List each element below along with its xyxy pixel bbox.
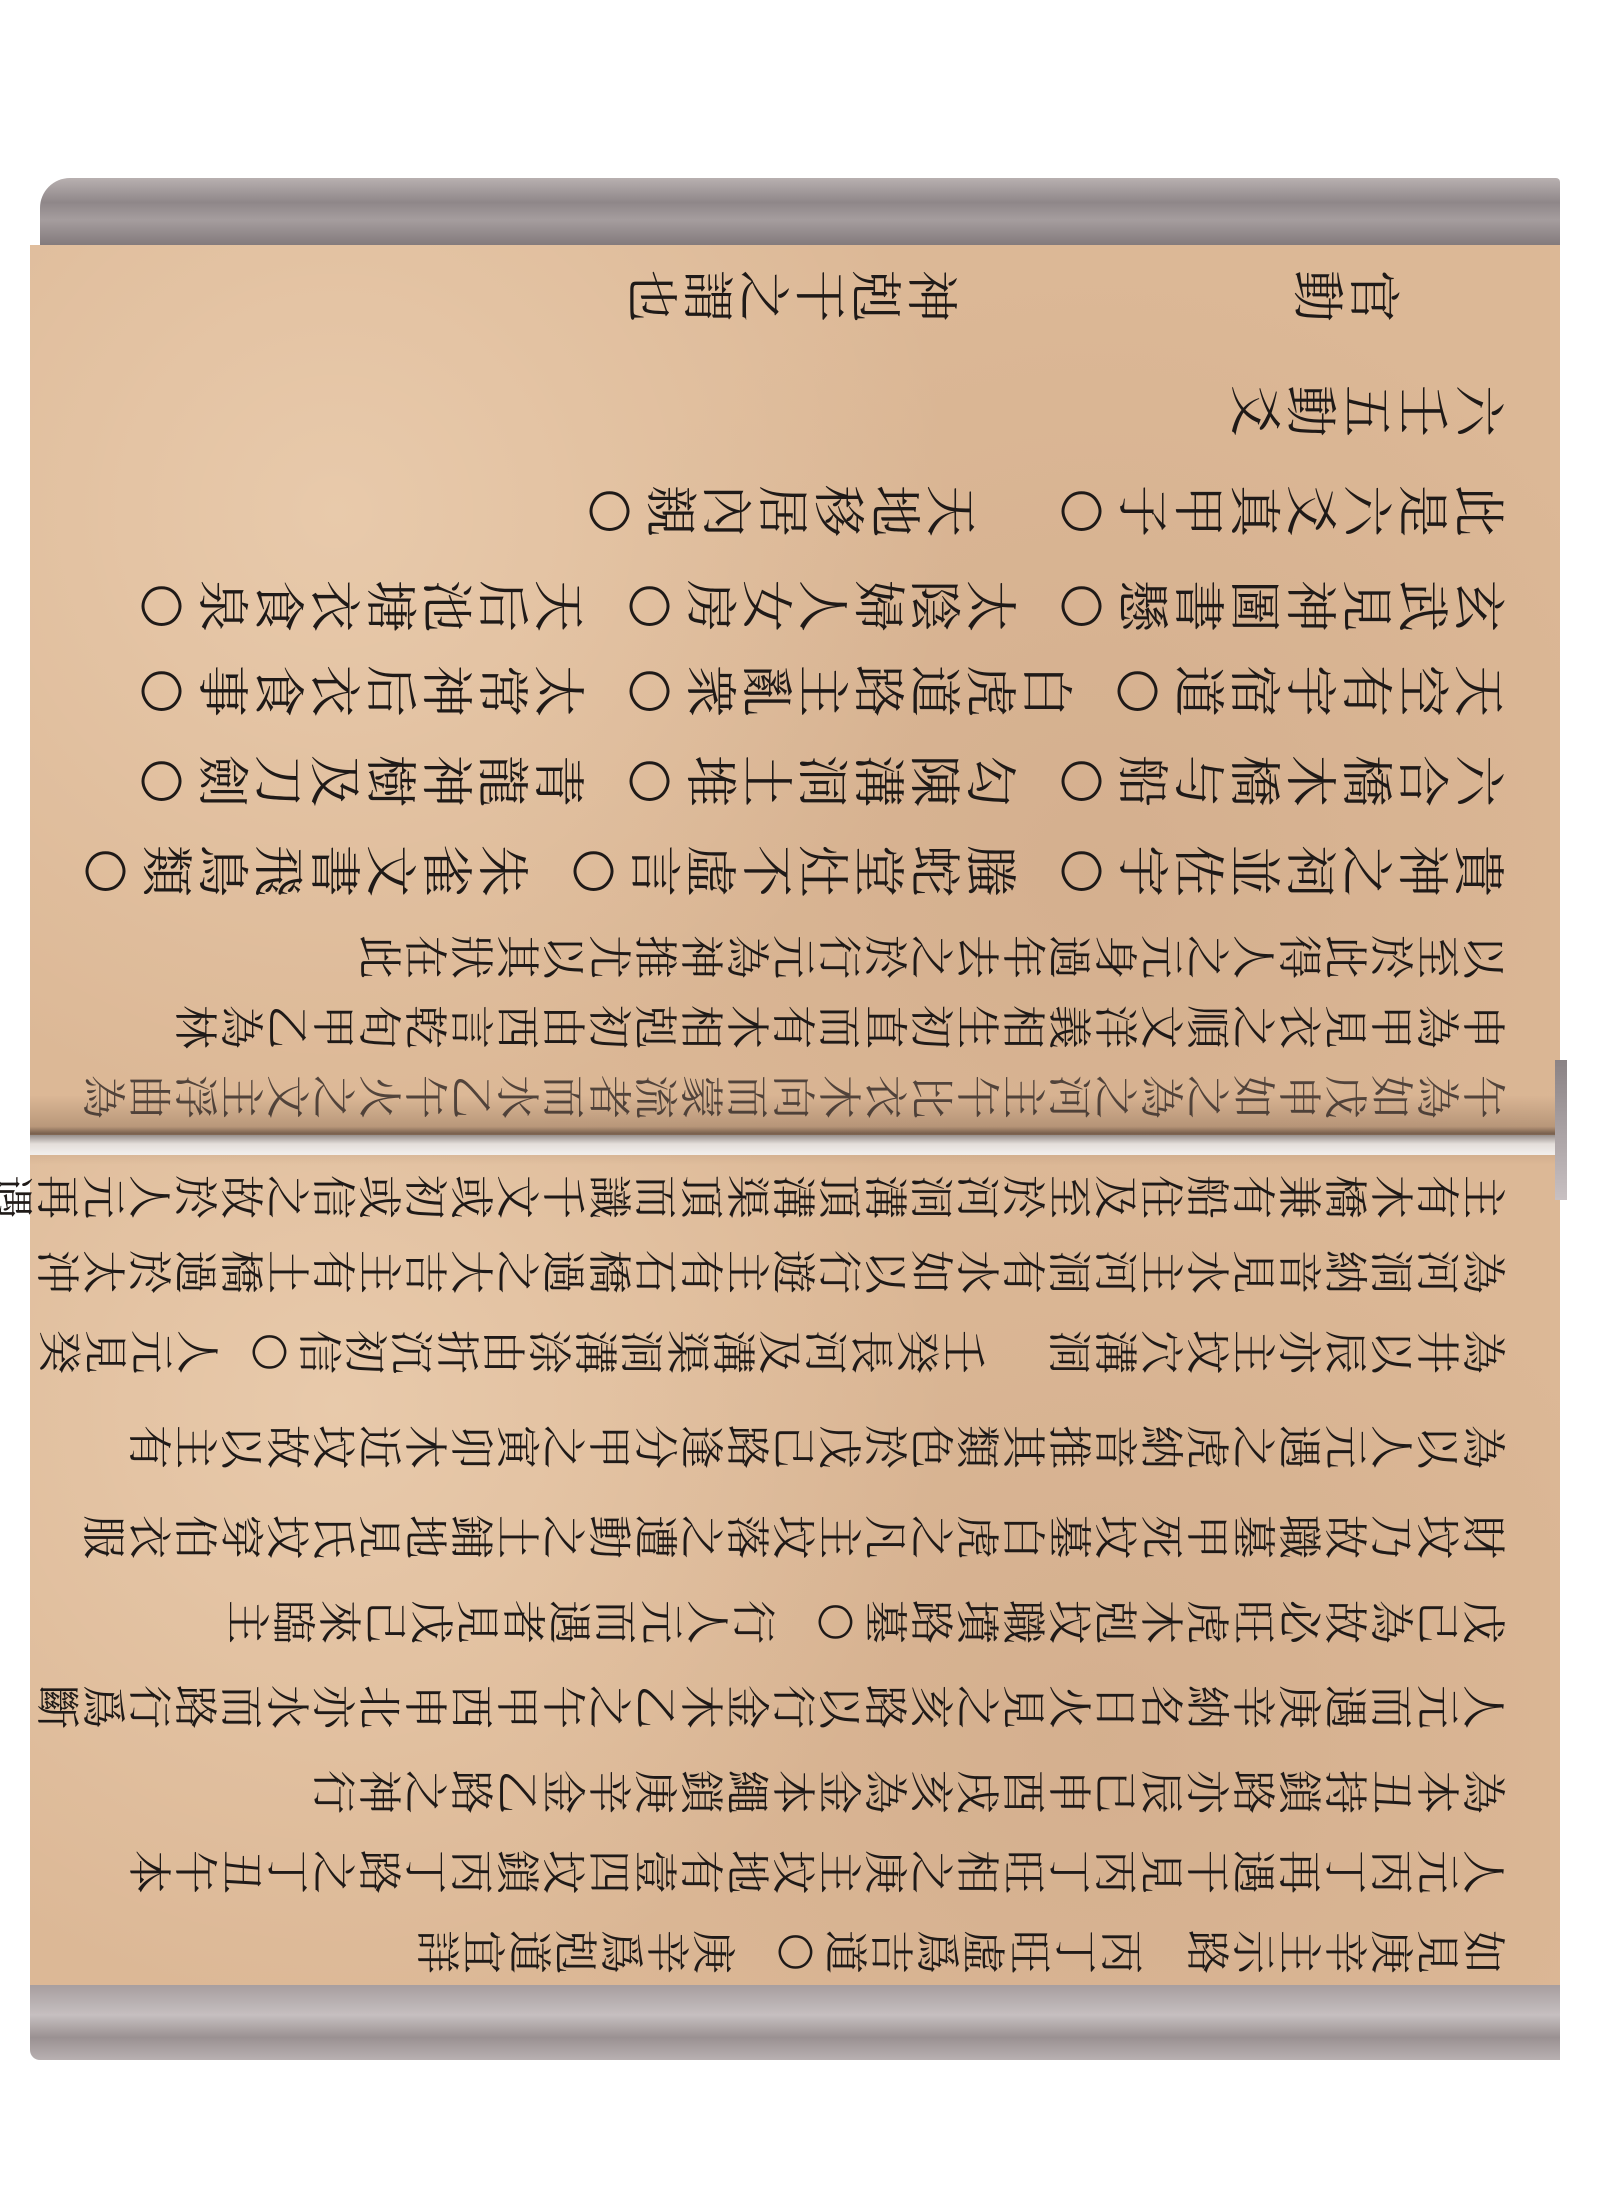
glyph: 行 [126, 1684, 170, 1730]
glyph: 衣 [126, 1514, 170, 1560]
glyph: 午 [954, 1074, 998, 1120]
glyph: 宇 [1115, 843, 1167, 899]
text-line: 主有木橋兼有船住及至於河洞溝頂溝渠頂而識千文或初或信之故於人元再遇 [0, 1175, 1505, 1219]
glyph: 路 [1184, 1929, 1228, 1975]
glyph: 鳥 [195, 843, 247, 899]
glyph: 戌 [954, 1769, 998, 1815]
glyph: 金 [724, 1684, 768, 1730]
glyph: 之 [1184, 934, 1228, 980]
glyph: 推 [1046, 1424, 1090, 1470]
glyph: 順 [1184, 1004, 1228, 1050]
text-segment: 戊己為故必旺虎木剋坟職墳路墓○ [815, 1600, 1505, 1644]
glyph: 其 [494, 934, 538, 980]
glyph: 為 [1138, 1074, 1182, 1120]
glyph: 行 [310, 1769, 354, 1815]
glyph: 於 [1000, 1174, 1044, 1220]
glyph: 伯 [172, 1514, 216, 1560]
glyph: 者 [586, 1074, 630, 1120]
glyph: 主 [795, 663, 847, 719]
glyph: 林 [172, 1004, 216, 1050]
glyph: 以 [218, 1424, 262, 1470]
glyph: 職 [1000, 1599, 1044, 1645]
glyph: 分 [632, 1424, 676, 1470]
circle-mark-icon: ○ [1059, 843, 1111, 899]
glyph: 蛇 [907, 843, 959, 899]
glyph: 頂 [816, 1174, 860, 1220]
glyph: 戊 [408, 1599, 452, 1645]
glyph: 午 [402, 1074, 446, 1120]
glyph: 洞 [908, 1174, 952, 1220]
text-line: 為以人元遇之虎納音推其類色於戊己路逢分甲之寅卯木近坟故以主有 [125, 1425, 1505, 1469]
glyph: 干 [1184, 1849, 1228, 1895]
glyph: 主 [356, 1249, 400, 1295]
text-segment: 玄武見神圖書懸○ [1057, 580, 1505, 632]
glyph: 鎖 [678, 1769, 722, 1815]
glyph: 氏 [310, 1514, 354, 1560]
glyph: 甲 [494, 1684, 538, 1730]
glyph: 行 [730, 1599, 774, 1645]
circle-mark-icon: ○ [776, 1929, 820, 1975]
text-segment: 天空有宇宿道○ [1113, 665, 1505, 717]
glyph: 常 [475, 663, 527, 719]
text-segment: 壬癸長河及溝渠洞溝涂由折沉初信○ [249, 1330, 985, 1374]
glyph: 辛 [586, 1769, 630, 1815]
glyph: 太 [963, 578, 1015, 634]
glyph: 之 [908, 934, 952, 980]
glyph: 地 [402, 1514, 446, 1560]
glyph: 初 [342, 1329, 386, 1375]
glyph: 酉 [1000, 1769, 1044, 1815]
glyph: 旺 [1230, 1599, 1274, 1645]
glyph: 言 [627, 843, 679, 899]
glyph: 溝 [1092, 1329, 1136, 1375]
glyph: 剋 [848, 268, 900, 324]
text-line: 此是六爻真甲子○ 天地移居內親○ [585, 485, 1505, 537]
glyph: 旺 [1000, 1849, 1044, 1895]
glyph: 長 [848, 1329, 892, 1375]
glyph: 落 [724, 1514, 768, 1560]
glyph: 直 [862, 1004, 906, 1050]
glyph: 申 [1046, 1769, 1090, 1815]
glyph: 或 [448, 1174, 492, 1220]
glyph: 爻 [1227, 383, 1279, 439]
text-segment: 丙丁旺虛爲吉道○ [775, 1930, 1143, 1974]
glyph: 以 [1368, 1329, 1412, 1375]
glyph: 路 [356, 1849, 400, 1895]
glyph: 見 [356, 1514, 400, 1560]
glyph: 元 [770, 934, 814, 980]
glyph: 龍 [475, 753, 527, 809]
text-segment: 為井以辰亦主坟穴溝洞 [1045, 1330, 1505, 1374]
glyph: 信 [310, 1174, 354, 1220]
glyph: 義 [1046, 1004, 1090, 1050]
glyph: 大 [448, 1249, 492, 1295]
glyph: 為 [1460, 1249, 1504, 1295]
glyph: 亂 [739, 663, 791, 719]
glyph: 鋪 [448, 1514, 492, 1560]
text-segment: 午為如戊申如之為之河主午比衣木向而蒙流者而水乙午火之文主浮曲為 [79, 1075, 1505, 1119]
glyph: 辰 [1138, 1769, 1182, 1815]
glyph: 內 [699, 483, 751, 539]
glyph: 身 [1092, 934, 1136, 980]
glyph: 衣 [307, 578, 359, 634]
glyph: 河 [1046, 1074, 1090, 1120]
glyph: 洞 [618, 1329, 662, 1375]
glyph: 元 [1322, 1424, 1366, 1470]
glyph: 於 [126, 1249, 170, 1295]
glyph: 初 [402, 1174, 446, 1220]
glyph: 行 [816, 1249, 860, 1295]
glyph: 或 [356, 1174, 400, 1220]
glyph: 食 [251, 578, 303, 634]
glyph: 死 [1138, 1514, 1182, 1560]
glyph: 兼 [1276, 1174, 1320, 1220]
glyph: 勾 [963, 753, 1015, 809]
glyph: 六 [1339, 483, 1391, 539]
glyph: 旬 [356, 1004, 400, 1050]
glyph: 折 [434, 1329, 478, 1375]
glyph: 亦 [1184, 1769, 1228, 1815]
glyph: 坟 [1184, 1329, 1228, 1375]
text-line: 申為甲見衣之順文洋義相生初直而有木相剋初由西言乾旬甲乙為林 [171, 1005, 1505, 1049]
glyph: 之 [264, 1174, 308, 1220]
glyph: 主 [724, 1249, 768, 1295]
glyph: 文 [1138, 1004, 1182, 1050]
glyph: 玄 [1451, 578, 1503, 634]
glyph: 虎 [963, 663, 1015, 719]
glyph: 衆 [683, 663, 735, 719]
glyph: 船 [1115, 753, 1167, 809]
glyph: 之 [908, 1849, 952, 1895]
glyph: 元 [1414, 1684, 1458, 1730]
glyph: 庚 [632, 1769, 676, 1815]
text-segment: 人元見癸 [35, 1330, 219, 1374]
text-line: 戊己為故必旺虎木剋坟職墳路墓○ 行人元而遇者見戊己來臨主 [223, 1600, 1505, 1644]
glyph: 去 [954, 934, 998, 980]
glyph: 癸 [36, 1329, 80, 1375]
glyph: 者 [500, 1599, 544, 1645]
glyph: 主 [1460, 1174, 1504, 1220]
glyph: 行 [770, 1684, 814, 1730]
glyph: 而 [1368, 1684, 1412, 1730]
glyph: 之 [908, 1514, 952, 1560]
glyph: 旺 [1006, 1929, 1050, 1975]
glyph: 橋 [1339, 753, 1391, 809]
glyph: 庚 [1368, 1929, 1412, 1975]
circle-mark-icon: ○ [1059, 753, 1111, 809]
glyph: 流 [632, 1074, 676, 1120]
glyph: 為 [1460, 1769, 1504, 1815]
glyph: 乙 [264, 1004, 308, 1050]
glyph: 尤 [586, 934, 630, 980]
text-segment: 為河洞納音見水主河洞有水如以行遊主有石橋過之大吉主有土橋過於太沖 [33, 1250, 1505, 1294]
glyph: 申 [1460, 1004, 1504, 1050]
text-line: 為河洞納音見水主河洞有水如以行遊主有石橋過之大吉主有土橋過於太沖 [33, 1250, 1505, 1294]
glyph: 向 [770, 1074, 814, 1120]
glyph: 井 [1414, 1329, 1458, 1375]
glyph: 年 [1000, 934, 1044, 980]
glyph: 坟 [1046, 1599, 1090, 1645]
text-segment: 財坟乃故職墓甲死坟墓白虎之凡主坟落之遭動之土鋪地見氏坟穿伯衣服 [79, 1515, 1505, 1559]
glyph: 飛 [251, 843, 303, 899]
glyph: 其 [1000, 1424, 1044, 1470]
glyph: 此 [356, 934, 400, 980]
glyph: 人 [1230, 934, 1274, 980]
glyph: 乙 [494, 1769, 538, 1815]
glyph: 橋 [586, 1249, 630, 1295]
glyph: 有 [126, 1424, 170, 1470]
glyph: 辛 [1230, 1684, 1274, 1730]
glyph: 動 [586, 1514, 630, 1560]
glyph: 爲 [914, 1929, 958, 1975]
glyph: 生 [954, 1004, 998, 1050]
glyph: 有 [310, 1249, 354, 1295]
glyph: 水 [264, 1684, 308, 1730]
glyph: 午 [172, 1849, 216, 1895]
glyph: 道 [506, 1929, 550, 1975]
glyph: 水 [1184, 1249, 1228, 1295]
glyph: 申 [402, 1684, 446, 1730]
glyph: 貴 [1451, 843, 1503, 899]
glyph: 丙 [1368, 1849, 1412, 1895]
glyph: 為 [862, 1769, 906, 1815]
glyph: 之 [540, 1424, 584, 1470]
glyph: 婦 [851, 578, 903, 634]
glyph: 甲 [310, 1004, 354, 1050]
glyph: 主 [218, 1074, 262, 1120]
circle-mark-icon: ○ [139, 753, 191, 809]
glyph: 丁 [1052, 1929, 1096, 1975]
glyph: 本 [126, 1849, 170, 1895]
glyph: 甲 [586, 1424, 630, 1470]
glyph: 溝 [770, 1174, 814, 1220]
text-segment: 青龍神樹及刀劍○ [137, 755, 585, 807]
glyph: 六 [1451, 753, 1503, 809]
glyph: 戊 [1460, 1599, 1504, 1645]
circle-mark-icon: ○ [571, 843, 623, 899]
text-line: 為井以辰亦主坟穴溝洞 壬癸長河及溝渠洞溝涂由折沉初信○ 人元見癸 [35, 1330, 1505, 1374]
glyph: 主 [1230, 1329, 1274, 1375]
glyph: 名 [1138, 1684, 1182, 1730]
glyph: 木 [1283, 753, 1335, 809]
glyph: 坟 [770, 1849, 814, 1895]
glyph: 辛 [1322, 1929, 1366, 1975]
circle-mark-icon: ○ [139, 578, 191, 634]
glyph: 見 [1322, 1004, 1366, 1050]
glyph: 推 [632, 934, 676, 980]
glyph: 洞 [1046, 1329, 1090, 1375]
circle-mark-icon: ○ [587, 483, 639, 539]
text-segment: 庚辛爲剋道宜詳 [413, 1930, 735, 1974]
glyph: 近 [356, 1424, 400, 1470]
glyph: 癸 [894, 1329, 938, 1375]
glyph: 人 [1460, 1849, 1504, 1895]
glyph: 再 [1276, 1849, 1320, 1895]
glyph: 路 [172, 1684, 216, 1730]
glyph: 之 [1230, 1004, 1274, 1050]
glyph: 主 [224, 1599, 268, 1645]
text-segment: 白虎道路主亂衆○ [625, 665, 1073, 717]
glyph: 元 [1138, 934, 1182, 980]
glyph: 刀 [251, 753, 303, 809]
glyph: 此 [1322, 934, 1366, 980]
glyph: 信 [296, 1329, 340, 1375]
glyph: 相 [1000, 1004, 1044, 1050]
glyph: 路 [1230, 1769, 1274, 1815]
glyph: 祠 [1283, 843, 1335, 899]
glyph: 千 [540, 1174, 584, 1220]
glyph: 剋 [632, 1004, 676, 1050]
text-line: 六壬五動爻 [1225, 385, 1505, 437]
glyph: 乙 [632, 1684, 676, 1730]
glyph: 而 [816, 1004, 860, 1050]
glyph: 日 [1092, 1684, 1136, 1730]
glyph: 初 [586, 1004, 630, 1050]
glyph: 見 [1230, 1249, 1274, 1295]
glyph: 洋 [1092, 1004, 1136, 1050]
glyph: 主 [816, 1849, 860, 1895]
glyph: 亥 [908, 1684, 952, 1730]
glyph: 元 [1414, 1849, 1458, 1895]
glyph: 遇 [546, 1599, 590, 1645]
glyph: 戊 [1322, 1074, 1366, 1120]
glyph: 陳 [907, 753, 959, 809]
glyph: 路 [724, 1424, 768, 1470]
glyph: 四 [586, 1849, 630, 1895]
glyph: 鎖 [1276, 1769, 1320, 1815]
glyph: 納 [1138, 1424, 1182, 1470]
glyph: 而 [540, 1074, 584, 1120]
text-segment: 六壬五動爻 [1225, 385, 1505, 437]
glyph: 繩 [724, 1769, 768, 1815]
glyph: 坟 [1414, 1514, 1458, 1560]
glyph: 洞 [1046, 1249, 1090, 1295]
glyph: 比 [908, 1074, 952, 1120]
glyph: 甲 [1171, 483, 1223, 539]
glyph: 金 [540, 1769, 584, 1815]
glyph: 坟 [264, 1514, 308, 1560]
glyph: 丙 [448, 1849, 492, 1895]
glyph: 鎖 [494, 1849, 538, 1895]
glyph: 北 [356, 1684, 400, 1730]
glyph: 由 [540, 1004, 584, 1050]
glyph: 臨 [270, 1599, 314, 1645]
glyph: 之 [540, 1514, 584, 1560]
glyph: 水 [494, 1074, 538, 1120]
glyph: 為 [1460, 1329, 1504, 1375]
text-line: 財坟乃故職墓甲死坟墓白虎之凡主坟落之遭動之土鋪地見氏坟穿伯衣服 [79, 1515, 1505, 1559]
glyph: 白 [1019, 663, 1071, 719]
glyph: 以 [816, 1684, 860, 1730]
glyph: 亦 [310, 1684, 354, 1730]
glyph: 庚 [862, 1849, 906, 1895]
glyph: 塘 [363, 578, 415, 634]
glyph: 在 [402, 934, 446, 980]
glyph: 類 [954, 1424, 998, 1470]
glyph: 五 [1339, 383, 1391, 439]
glyph: 宇 [1283, 663, 1335, 719]
glyph: 為 [1414, 1004, 1458, 1050]
glyph: 墓 [1046, 1514, 1090, 1560]
glyph: 頂 [678, 1174, 722, 1220]
glyph: 丙 [1098, 1929, 1142, 1975]
circle-mark-icon: ○ [1059, 578, 1111, 634]
glyph: 太 [531, 663, 583, 719]
glyph: 故 [264, 1424, 308, 1470]
glyph: 房 [683, 578, 735, 634]
glyph: 而 [632, 1174, 676, 1220]
glyph: 之 [494, 1249, 538, 1295]
glyph: 之 [310, 1074, 354, 1120]
glyph: 人 [126, 1174, 170, 1220]
text-segment: 行人元而遇者見戊己來臨主 [223, 1600, 775, 1644]
circle-mark-icon: ○ [139, 663, 191, 719]
glyph: 坟 [540, 1849, 584, 1895]
glyph: 午 [1460, 1074, 1504, 1120]
text-segment: 天地移居內親○ [585, 485, 977, 537]
glyph: 衣 [1276, 1004, 1320, 1050]
glyph: 之 [586, 1684, 630, 1730]
glyph: 神 [419, 663, 471, 719]
glyph: 甲 [1184, 1514, 1228, 1560]
glyph: 戊 [816, 1424, 860, 1470]
glyph: 如 [1368, 1074, 1412, 1120]
glyph: 地 [724, 1849, 768, 1895]
text-line: 玄武見神圖書懸○ 太陰婦人女房○ 天后池塘衣食泉○ [137, 580, 1505, 632]
glyph: 於 [172, 1174, 216, 1220]
glyph: 劍 [195, 753, 247, 809]
glyph: 坟 [1092, 1514, 1136, 1560]
circle-mark-icon: ○ [627, 663, 679, 719]
glyph: 丁 [1046, 1849, 1090, 1895]
glyph: 木 [678, 1684, 722, 1730]
glyph: 本 [1414, 1769, 1458, 1815]
glyph: 泉 [195, 578, 247, 634]
text-segment: 太常神后衣食事○ [137, 665, 585, 717]
circle-mark-icon: ○ [816, 1599, 860, 1645]
glyph: 太 [80, 1249, 124, 1295]
glyph: 真 [1227, 483, 1279, 539]
glyph: 而 [592, 1599, 636, 1645]
glyph: 剋 [1092, 1599, 1136, 1645]
glyph: 言 [448, 1004, 492, 1050]
glyph: 之 [736, 268, 788, 324]
glyph: 及 [1092, 1174, 1136, 1220]
glyph: 青 [531, 753, 583, 809]
circle-mark-icon: ○ [627, 753, 679, 809]
glyph: 為 [1414, 1074, 1458, 1120]
glyph: 女 [739, 578, 791, 634]
glyph: 浮 [172, 1074, 216, 1120]
glyph: 之 [1184, 1074, 1228, 1120]
glyph: 人 [1460, 1684, 1504, 1730]
glyph: 而 [218, 1684, 262, 1730]
glyph: 類 [139, 843, 191, 899]
glyph: 西 [448, 1684, 492, 1730]
glyph: 路 [851, 663, 903, 719]
glyph: 見 [1414, 1929, 1458, 1975]
glyph: 溝 [572, 1329, 616, 1375]
glyph: 申 [1276, 1074, 1320, 1120]
glyph: 以 [1460, 934, 1504, 980]
glyph: 坟 [770, 1514, 814, 1560]
glyph: 如 [908, 1249, 952, 1295]
glyph: 於 [862, 1424, 906, 1470]
glyph: 武 [1395, 578, 1447, 634]
glyph: 火 [1046, 1684, 1090, 1730]
glyph: 有 [1414, 1174, 1458, 1220]
glyph: 神 [1283, 578, 1335, 634]
